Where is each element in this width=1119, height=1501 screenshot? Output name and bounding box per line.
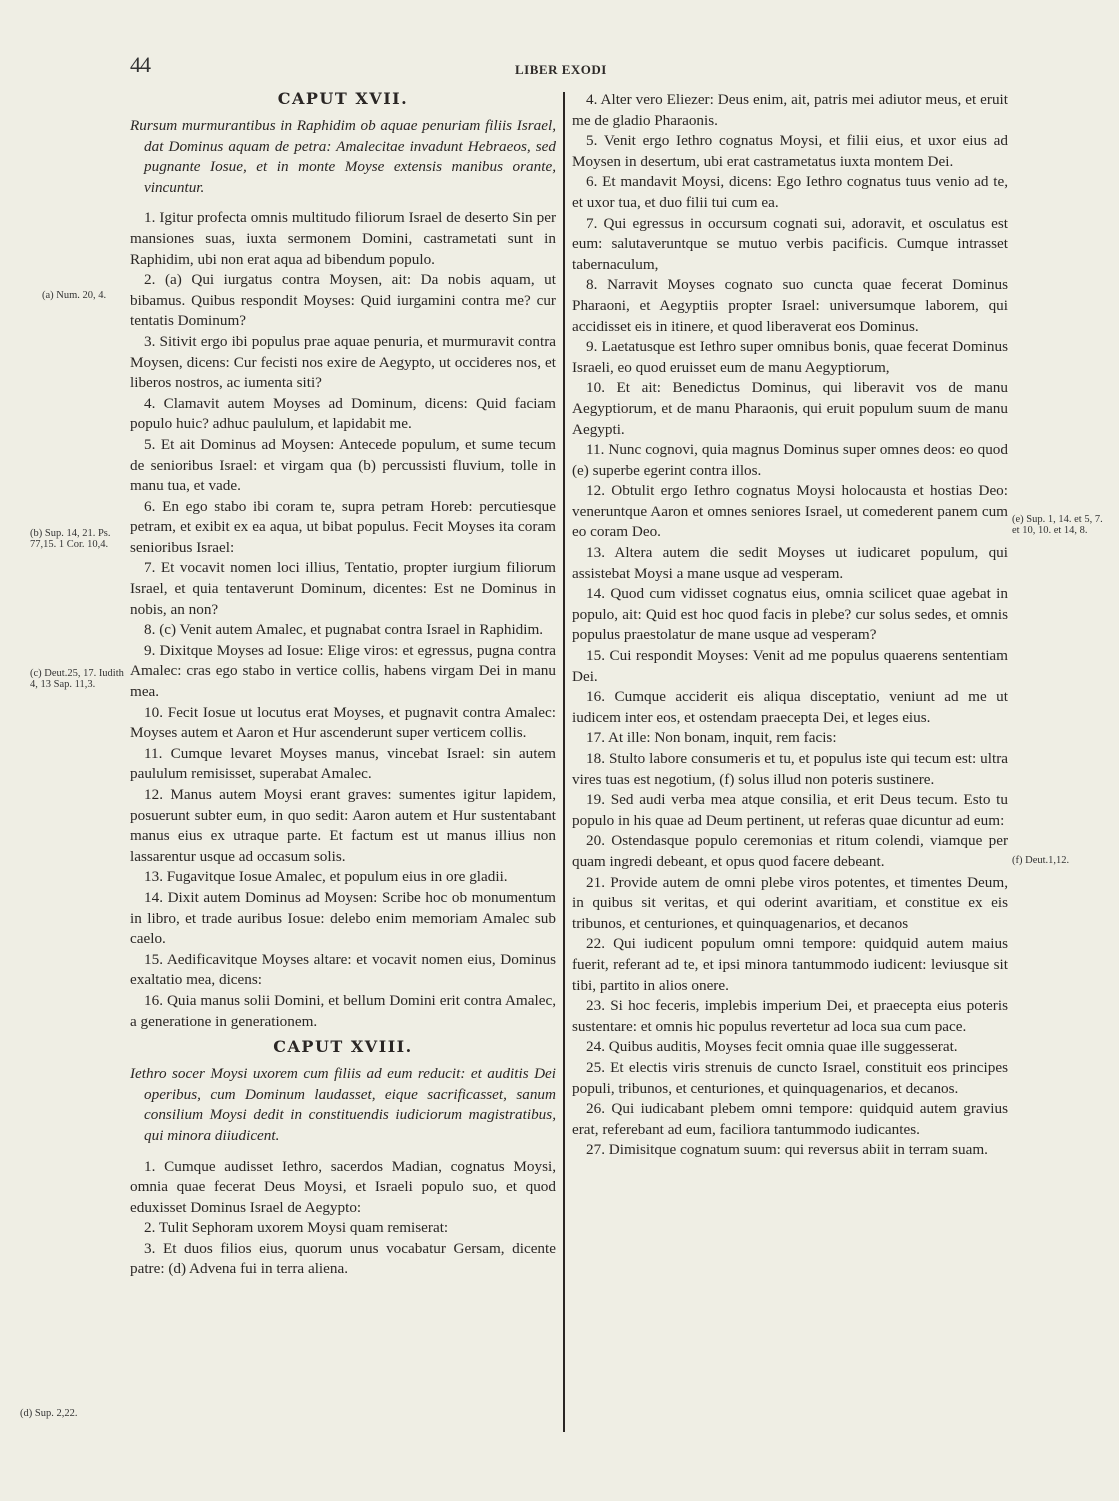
margin-note-f: (f) Deut.1,12. [1012, 855, 1116, 866]
verse-17-12: 12. Manus autem Moysi erant graves: sume… [130, 785, 556, 867]
verse-18-10: 10. Et ait: Benedictus Dominus, qui libe… [572, 378, 1008, 440]
verse-17-3: 3. Sitivit ergo ibi populus prae aquae p… [130, 332, 556, 394]
verse-17-8: 8. (c) Venit autem Amalec, et pugnabat c… [130, 620, 556, 641]
verse-17-14: 14. Dixit autem Dominus ad Moysen: Scrib… [130, 888, 556, 950]
margin-note-a: (a) Num. 20, 4. [42, 290, 124, 301]
verse-18-7: 7. Qui egressus in occursum cognati sui,… [572, 214, 1008, 276]
verse-18-26: 26. Qui iudicabant plebem omni tempore: … [572, 1099, 1008, 1140]
verse-17-1: 1. Igitur profecta omnis multitudo filio… [130, 208, 556, 270]
chapter-17-title: CAPUT XVII. [130, 88, 556, 110]
verse-18-20: 20. Ostendasque populo ceremonias et rit… [572, 831, 1008, 872]
verse-17-5: 5. Et ait Dominus ad Moysen: Antecede po… [130, 435, 556, 497]
running-head: LIBER EXODI [515, 62, 607, 78]
verse-18-2: 2. Tulit Sephoram uxorem Moysi quam remi… [130, 1218, 556, 1239]
page-number: 44 [130, 52, 150, 78]
margin-note-d: (d) Sup. 2,22. [20, 1408, 124, 1419]
verse-17-15: 15. Aedificavitque Moyses altare: et voc… [130, 950, 556, 991]
right-column: 4. Alter vero Eliezer: Deus enim, ait, p… [572, 90, 1008, 1161]
verse-17-2: 2. (a) Qui iurgatus contra Moysen, ait: … [130, 270, 556, 332]
verse-18-8: 8. Narravit Moyses cognato suo cuncta qu… [572, 275, 1008, 337]
column-divider [563, 92, 565, 1432]
verse-18-13: 13. Altera autem die sedit Moyses ut iud… [572, 543, 1008, 584]
chapter-18-title: CAPUT XVIII. [130, 1036, 556, 1058]
verse-18-15: 15. Cui respondit Moyses: Venit ad me po… [572, 646, 1008, 687]
verse-18-4: 4. Alter vero Eliezer: Deus enim, ait, p… [572, 90, 1008, 131]
verse-18-17: 17. At ille: Non bonam, inquit, rem faci… [572, 728, 1008, 749]
verse-18-11: 11. Nunc cognovi, quia magnus Dominus su… [572, 440, 1008, 481]
verse-18-24: 24. Quibus auditis, Moyses fecit omnia q… [572, 1037, 1008, 1058]
verse-18-9: 9. Laetatusque est Iethro super omnibus … [572, 337, 1008, 378]
verse-18-3: 3. Et duos filios eius, quorum unus voca… [130, 1239, 556, 1280]
verse-18-19: 19. Sed audi verba mea atque consilia, e… [572, 790, 1008, 831]
verse-17-10: 10. Fecit Iosue ut locutus erat Moyses, … [130, 703, 556, 744]
verse-17-6: 6. En ego stabo ibi coram te, supra petr… [130, 497, 556, 559]
verse-18-6: 6. Et mandavit Moysi, dicens: Ego Iethro… [572, 172, 1008, 213]
verse-17-11: 11. Cumque levaret Moyses manus, vinceba… [130, 744, 556, 785]
verse-18-14: 14. Quod cum vidisset cognatus eius, omn… [572, 584, 1008, 646]
verse-18-5: 5. Venit ergo Iethro cognatus Moysi, et … [572, 131, 1008, 172]
verse-18-27: 27. Dimisitque cognatum suum: qui revers… [572, 1140, 1008, 1161]
verse-17-9: 9. Dixitque Moyses ad Iosue: Elige viros… [130, 641, 556, 703]
verse-18-1: 1. Cumque audisset Iethro, sacerdos Madi… [130, 1157, 556, 1219]
chapter-17-summary: Rursum murmurantibus in Raphidim ob aqua… [130, 116, 556, 198]
left-column: CAPUT XVII. Rursum murmurantibus in Raph… [130, 88, 556, 1280]
verse-18-18: 18. Stulto labore consumeris et tu, et p… [572, 749, 1008, 790]
verse-18-25: 25. Et electis viris strenuis de cuncto … [572, 1058, 1008, 1099]
margin-note-c: (c) Deut.25, 17. Iudith 4, 13 Sap. 11,3. [30, 668, 124, 690]
verse-18-16: 16. Cumque acciderit eis aliqua discepta… [572, 687, 1008, 728]
verse-18-22: 22. Qui iudicent populum omni tempore: q… [572, 934, 1008, 996]
margin-note-e: (e) Sup. 1, 14. et 5, 7. et 10, 10. et 1… [1012, 514, 1108, 536]
verse-17-16: 16. Quia manus solii Domini, et bellum D… [130, 991, 556, 1032]
verse-17-7: 7. Et vocavit nomen loci illius, Tentati… [130, 558, 556, 620]
verse-18-12: 12. Obtulit ergo Iethro cognatus Moysi h… [572, 481, 1008, 543]
verse-17-4: 4. Clamavit autem Moyses ad Dominum, dic… [130, 394, 556, 435]
chapter-18-summary: Iethro socer Moysi uxorem cum filiis ad … [130, 1064, 556, 1146]
verse-18-21: 21. Provide autem de omni plebe viros po… [572, 873, 1008, 935]
margin-note-b: (b) Sup. 14, 21. Ps. 77,15. 1 Cor. 10,4. [30, 528, 124, 550]
verse-17-13: 13. Fugavitque Iosue Amalec, et populum … [130, 867, 556, 888]
verse-18-23: 23. Si hoc feceris, implebis imperium De… [572, 996, 1008, 1037]
